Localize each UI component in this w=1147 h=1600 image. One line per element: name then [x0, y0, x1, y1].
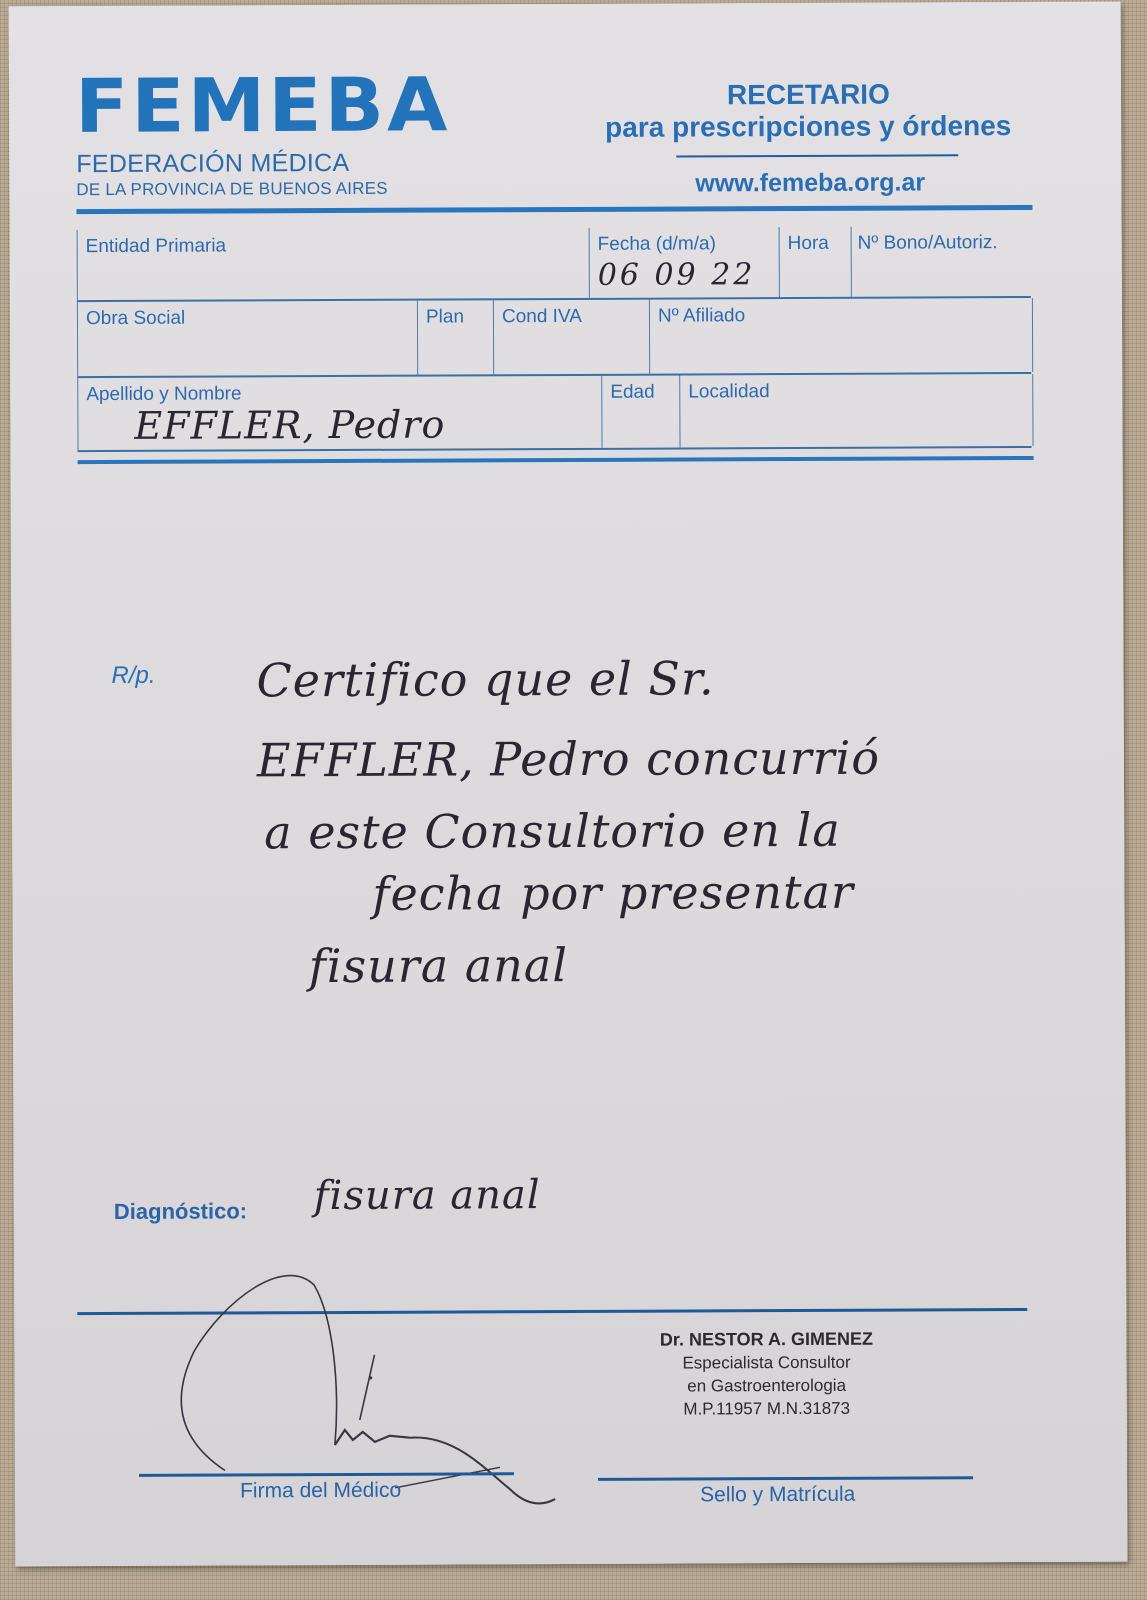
- field-obra-social[interactable]: Obra Social: [77, 301, 418, 376]
- patient-info-grid: Entidad Primaria Fecha (d/m/a) 06 09 22 …: [77, 226, 1032, 452]
- field-plan[interactable]: Plan: [417, 300, 494, 374]
- website-link: www.femeba.org.ar: [695, 168, 925, 198]
- field-afiliado[interactable]: Nº Afiliado: [649, 298, 1033, 374]
- doctor-name: Dr. NESTOR A. GIMENEZ: [616, 1327, 916, 1351]
- form-row-3: Apellido y Nombre EFFLER, Pedro Edad Loc…: [77, 374, 1031, 452]
- stamp-label: Sello y Matrícula: [700, 1483, 855, 1508]
- fecha-label: Fecha (d/m/a): [598, 233, 716, 256]
- form-row-1: Entidad Primaria Fecha (d/m/a) 06 09 22 …: [77, 226, 1031, 302]
- header-rule: [76, 205, 1032, 214]
- prescription-line-5: fisura anal: [309, 938, 568, 993]
- prescription-line-4: fecha por presentar: [372, 865, 854, 921]
- obra-social-label: Obra Social: [86, 308, 185, 330]
- cond-iva-label: Cond IVA: [502, 306, 582, 328]
- diagnosis-value: fisura anal: [314, 1172, 541, 1219]
- localidad-label: Localidad: [688, 381, 769, 403]
- plan-label: Plan: [426, 306, 464, 328]
- prescription-line-3: a este Consultorio en la: [264, 803, 841, 860]
- signature-label: Firma del Médico: [240, 1479, 401, 1504]
- prescription-line-2: EFFLER, Pedro concurrió: [257, 731, 880, 788]
- hora-label: Hora: [788, 233, 829, 255]
- doctor-specialty-area: en Gastroenterologia: [617, 1373, 917, 1397]
- field-bono[interactable]: Nº Bono/Autoriz.: [851, 226, 1032, 297]
- edad-label: Edad: [610, 382, 654, 404]
- stamp-line: [598, 1476, 973, 1481]
- field-entidad-primaria[interactable]: Entidad Primaria: [77, 228, 590, 300]
- doctor-specialty: Especialista Consultor: [616, 1350, 916, 1374]
- doctor-stamp: Dr. NESTOR A. GIMENEZ Especialista Consu…: [616, 1327, 916, 1420]
- form-title: RECETARIO: [727, 79, 890, 112]
- field-fecha[interactable]: Fecha (d/m/a) 06 09 22: [589, 227, 780, 298]
- femeba-logo: FEMEBA: [75, 68, 451, 144]
- form-bottom-rule: [78, 456, 1034, 464]
- org-name-line2: DE LA PROVINCIA DE BUENOS AIRES: [76, 179, 387, 200]
- fecha-value: 06 09 22: [598, 257, 756, 293]
- field-hora[interactable]: Hora: [779, 227, 852, 297]
- field-apellido-nombre[interactable]: Apellido y Nombre EFFLER, Pedro: [77, 376, 602, 450]
- diagnosis-label: Diagnóstico:: [114, 1198, 247, 1225]
- field-edad[interactable]: Edad: [601, 376, 680, 448]
- form-subtitle: para prescripciones y órdenes: [605, 110, 1011, 144]
- org-name-line1: FEDERACIÓN MÉDICA: [76, 149, 349, 179]
- form-row-2: Obra Social Plan Cond IVA Nº Afiliado: [77, 298, 1031, 378]
- prescription-line-1: Certifico que el Sr.: [256, 651, 714, 707]
- doctor-registration: M.P.11957 M.N.31873: [617, 1396, 917, 1420]
- entidad-primaria-label: Entidad Primaria: [86, 235, 227, 258]
- field-cond-iva[interactable]: Cond IVA: [493, 300, 650, 375]
- afiliado-label: Nº Afiliado: [658, 305, 745, 327]
- bono-label: Nº Bono/Autoriz.: [858, 232, 998, 255]
- header-divider: [676, 154, 958, 157]
- field-localidad[interactable]: Localidad: [679, 374, 1033, 448]
- rp-label: R/p.: [111, 662, 155, 690]
- apellido-nombre-value: EFFLER, Pedro: [134, 403, 445, 448]
- prescription-form: FEMEBA FEDERACIÓN MÉDICA DE LA PROVINCIA…: [9, 2, 1128, 1567]
